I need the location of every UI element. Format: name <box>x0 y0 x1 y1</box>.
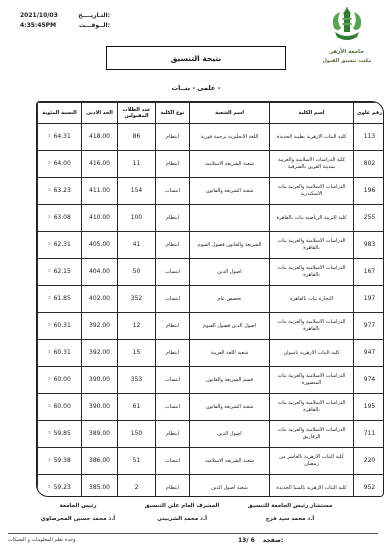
cell-pct: ٪59.23 <box>38 475 82 498</box>
table-row: 947كلية البنات الازهرية باسوانشعبة اللغة… <box>38 340 385 367</box>
percentage-value: ٪59.38 <box>40 457 79 465</box>
percent-symbol: ٪ <box>48 242 50 248</box>
cell-college: كلية البنات الازهرية بالمنيا الجديدة <box>270 475 354 498</box>
cell-college: كلية الدراسات الاسلامية والعربية بمدينة … <box>270 151 354 178</box>
cell-pct: ٪59.85 <box>38 421 82 448</box>
table-row: 220كلية البنات الازهرية بالعاشر من رمضان… <box>38 448 385 475</box>
cell-pct: ٪60.00 <box>38 394 82 421</box>
percent-number: 59.38 <box>54 457 71 465</box>
cell-min: 418.00 <box>82 124 118 151</box>
cell-code: 952 <box>354 475 385 498</box>
cell-college: كلية البنات الازهرية بالعاشر من رمضان <box>270 448 354 475</box>
cell-college: كلية البنات الازهرية بطيبة الجديدة <box>270 124 354 151</box>
table-row: 711الدراسات الاسلامية والعربية بنات الزق… <box>38 421 385 448</box>
percent-number: 63.08 <box>54 214 71 222</box>
percent-number: 60.31 <box>54 322 71 330</box>
cell-students: 50 <box>118 259 156 286</box>
cell-type: انتساب <box>156 448 190 475</box>
header-students: عدد الطلاب المقبولين <box>118 103 156 124</box>
university-name: جامعة الأزهر <box>314 49 380 55</box>
cell-code: 711 <box>354 421 385 448</box>
table-row: 197التجارة بنات بالقاهرةتخصص عامانتساب35… <box>38 286 385 313</box>
table-row: 974الدراسات الاسلامية والعربية بنات المن… <box>38 367 385 394</box>
cell-dept: شعبة اللغة العربية <box>190 340 270 367</box>
office-name: مكتب تنسيق القبول <box>314 58 380 64</box>
cell-min: 404.00 <box>82 259 118 286</box>
percent-symbol: ٪ <box>48 431 50 437</box>
cell-students: 352 <box>118 286 156 313</box>
cell-min: 410.00 <box>82 205 118 232</box>
cell-college: التجارة بنات بالقاهرة <box>270 286 354 313</box>
cell-min: 389.00 <box>82 421 118 448</box>
date-row: 2021/10/03 التـاريــــخ: <box>20 12 110 19</box>
cell-dept: تخصص عام <box>190 286 270 313</box>
title-box: نتيجة التنسيق <box>106 46 286 70</box>
footer-divider <box>8 533 378 534</box>
table-row: 952كلية البنات الازهرية بالمنيا الجديدةش… <box>38 475 385 498</box>
cell-code: 220 <box>354 448 385 475</box>
cell-min: 392.00 <box>82 340 118 367</box>
cell-type: انتظام <box>156 421 190 448</box>
header-dept: اسم الشعبة <box>190 103 270 124</box>
cell-code: 947 <box>354 340 385 367</box>
header-pct: النسبة المئوية <box>38 103 82 124</box>
signature-name: أ.د محمد حسين المحرصاوي <box>26 516 130 522</box>
cell-pct: ٪64.00 <box>38 151 82 178</box>
cell-type: انتساب <box>156 286 190 313</box>
header-min: الحد الادنى <box>82 103 118 124</box>
cell-type: انتظام <box>156 151 190 178</box>
cell-students: 12 <box>118 313 156 340</box>
percentage-value: ٪62.15 <box>40 268 79 276</box>
percent-symbol: ٪ <box>48 269 50 275</box>
cell-dept: اللغة الانجليزية ترجمة فورية <box>190 124 270 151</box>
cell-dept: اصول الدين <box>190 259 270 286</box>
cell-min: 385.00 <box>82 475 118 498</box>
cell-college: كلية البنات الازهرية باسوان <box>270 340 354 367</box>
cell-code: 974 <box>354 367 385 394</box>
cell-type: انتظام <box>156 205 190 232</box>
percentage-value: ٪60.00 <box>40 403 79 411</box>
cell-college: الدراسات الاسلامية والعربية بنات الاسكند… <box>270 178 354 205</box>
page-number: 13/ 6 صفحة: <box>238 537 283 544</box>
signature-title: رئيس الجامعة <box>26 503 130 509</box>
date-label: التـاريــــخ: <box>76 12 110 19</box>
percent-symbol: ٪ <box>48 377 50 383</box>
cell-pct: ٪63.08 <box>38 205 82 232</box>
percent-symbol: ٪ <box>48 458 50 464</box>
cell-college: الدراسات الاسلامية والعربية بنات بالقاهر… <box>270 232 354 259</box>
cell-students: 2 <box>118 475 156 498</box>
table-row: 195الدراسات الاسلامية والعربية بنات بالق… <box>38 394 385 421</box>
cell-dept: شعبة الشريعة الاسلامية <box>190 448 270 475</box>
cell-min: 390.00 <box>82 394 118 421</box>
percentage-value: ٪63.08 <box>40 214 79 222</box>
percent-number: 63.23 <box>54 187 71 195</box>
cell-students: 51 <box>118 448 156 475</box>
it-unit-credit: وحدة نظم المعلومات و الشبكات <box>8 537 76 543</box>
results-table: رقم علوى اسم الكلية اسم الشعبة نوع الكلي… <box>37 102 384 497</box>
header-code: رقم علوى <box>354 103 385 124</box>
signature-supervisor: المشرف العام علي التنسيق أ.د محمد الشربي… <box>138 503 226 522</box>
cell-students: 61 <box>118 394 156 421</box>
percent-number: 62.31 <box>54 241 71 249</box>
page-number-value: 13/ 6 <box>238 537 255 544</box>
cell-type: انتظام <box>156 232 190 259</box>
cell-dept: شعبة الشريعة والقانون <box>190 178 270 205</box>
time-row: 4:35:45PM الــوقـــت: <box>20 22 110 29</box>
cell-code: 113 <box>354 124 385 151</box>
date-value: 2021/10/03 <box>20 12 66 19</box>
percentage-value: ٪63.23 <box>40 187 79 195</box>
table-row: 977الدراسات الاسلامية والعربية بنات بالق… <box>38 313 385 340</box>
percentage-value: ٪59.23 <box>40 484 79 492</box>
percent-symbol: ٪ <box>48 161 50 167</box>
signature-name: أ.د محمد الشربينى <box>138 516 226 522</box>
percentage-value: ٪60.00 <box>40 376 79 384</box>
cell-college: الدراسات الاسلامية والعربية بنات بالقاهر… <box>270 313 354 340</box>
cell-college: كلية التربية الرياضية بنات بالقاهرة <box>270 205 354 232</box>
page-number-label: صفحة: <box>263 537 284 544</box>
cell-pct: ٪62.31 <box>38 232 82 259</box>
percent-number: 60.00 <box>54 376 71 384</box>
cell-min: 392.00 <box>82 313 118 340</box>
cell-students: 86 <box>118 124 156 151</box>
percent-number: 60.31 <box>54 349 71 357</box>
percent-number: 62.15 <box>54 268 71 276</box>
cell-dept: شعبة الشريعة والقانون <box>190 394 270 421</box>
cell-pct: ٪61.85 <box>38 286 82 313</box>
percent-symbol: ٪ <box>48 134 50 140</box>
signature-title: المشرف العام علي التنسيق <box>138 503 226 509</box>
section-subtitle: - علمى - بنــات <box>0 84 392 92</box>
azhar-emblem-icon <box>314 6 380 46</box>
percent-number: 64.00 <box>54 160 71 168</box>
signature-advisor: مستشار رئيس الجامعة للتنسيق أ.د محمد سيد… <box>232 503 348 522</box>
cell-dept: الشريعة والقانون فصول الفيوم <box>190 232 270 259</box>
table-row: 196الدراسات الاسلامية والعربية بنات الاس… <box>38 178 385 205</box>
signature-name: أ.د محمد سيد فرج <box>232 516 348 522</box>
cell-min: 390.00 <box>82 367 118 394</box>
percentage-value: ٪60.31 <box>40 322 79 330</box>
cell-code: 802 <box>354 151 385 178</box>
percent-symbol: ٪ <box>48 188 50 194</box>
percent-symbol: ٪ <box>48 485 50 491</box>
cell-pct: ٪59.38 <box>38 448 82 475</box>
cell-pct: ٪63.23 <box>38 178 82 205</box>
document-page: 2021/10/03 التـاريــــخ: 4:35:45PM الــو… <box>0 0 392 555</box>
cell-college: الدراسات الاسلامية والعربية بنات الزقازي… <box>270 421 354 448</box>
cell-dept <box>190 205 270 232</box>
cell-students: 41 <box>118 232 156 259</box>
cell-code: 195 <box>354 394 385 421</box>
cell-dept: اصول الدين فصول الفيوم <box>190 313 270 340</box>
percentage-value: ٪60.31 <box>40 349 79 357</box>
table-header-row: رقم علوى اسم الكلية اسم الشعبة نوع الكلي… <box>38 103 385 124</box>
percent-symbol: ٪ <box>48 350 50 356</box>
signature-title: مستشار رئيس الجامعة للتنسيق <box>232 503 348 509</box>
page-title: نتيجة التنسيق <box>171 54 221 63</box>
cell-code: 167 <box>354 259 385 286</box>
cell-type: انتساب <box>156 367 190 394</box>
cell-min: 416.00 <box>82 151 118 178</box>
cell-pct: ٪60.00 <box>38 367 82 394</box>
cell-code: 255 <box>354 205 385 232</box>
cell-type: انتساب <box>156 394 190 421</box>
cell-type: انتساب <box>156 259 190 286</box>
table-row: 255كلية التربية الرياضية بنات بالقاهرةان… <box>38 205 385 232</box>
logo-block: جامعة الأزهر مكتب تنسيق القبول <box>314 6 380 64</box>
cell-code: 196 <box>354 178 385 205</box>
cell-college: الدراسات الاسلامية والعربية بنات المنصور… <box>270 367 354 394</box>
percent-number: 59.23 <box>54 484 71 492</box>
table-row: 802كلية الدراسات الاسلامية والعربية بمدي… <box>38 151 385 178</box>
percent-number: 59.85 <box>54 430 71 438</box>
cell-dept: شعبة الشريعة الاسلامية <box>190 151 270 178</box>
cell-type: انتظام <box>156 124 190 151</box>
cell-min: 402.00 <box>82 286 118 313</box>
header-college: اسم الكلية <box>270 103 354 124</box>
percent-symbol: ٪ <box>48 215 50 221</box>
cell-dept: قسم الشريعة والقانون <box>190 367 270 394</box>
cell-college: الدراسات الاسلامية والعربية بنات بالقاهر… <box>270 259 354 286</box>
cell-code: 977 <box>354 313 385 340</box>
cell-students: 154 <box>118 178 156 205</box>
cell-students: 353 <box>118 367 156 394</box>
cell-code: 983 <box>354 232 385 259</box>
time-label: الــوقـــت: <box>76 22 110 29</box>
table-row: 167الدراسات الاسلامية والعربية بنات بالق… <box>38 259 385 286</box>
cell-dept: اصول الدين <box>190 421 270 448</box>
percentage-value: ٪64.31 <box>40 133 79 141</box>
cell-college: الدراسات الاسلامية والعربية بنات بالقاهر… <box>270 394 354 421</box>
table-row: 113كلية البنات الازهرية بطيبة الجديدةالل… <box>38 124 385 151</box>
cell-min: 411.00 <box>82 178 118 205</box>
cell-pct: ٪62.15 <box>38 259 82 286</box>
cell-dept: شعبة اصول الدين <box>190 475 270 498</box>
percentage-value: ٪59.85 <box>40 430 79 438</box>
header-type: نوع الكلية <box>156 103 190 124</box>
signature-president: رئيس الجامعة أ.د محمد حسين المحرصاوي <box>26 503 130 522</box>
results-table-frame: رقم علوى اسم الكلية اسم الشعبة نوع الكلي… <box>36 101 384 497</box>
percentage-value: ٪64.00 <box>40 160 79 168</box>
percent-number: 60.00 <box>54 403 71 411</box>
cell-pct: ٪60.31 <box>38 340 82 367</box>
table-row: 983الدراسات الاسلامية والعربية بنات بالق… <box>38 232 385 259</box>
cell-min: 405.00 <box>82 232 118 259</box>
percent-symbol: ٪ <box>48 296 50 302</box>
cell-type: انتظام <box>156 313 190 340</box>
cell-code: 197 <box>354 286 385 313</box>
cell-pct: ٪60.31 <box>38 313 82 340</box>
cell-min: 386.00 <box>82 448 118 475</box>
cell-type: انتظام <box>156 475 190 498</box>
cell-students: 100 <box>118 205 156 232</box>
percent-number: 61.85 <box>54 295 71 303</box>
percentage-value: ٪61.85 <box>40 295 79 303</box>
cell-pct: ٪64.31 <box>38 124 82 151</box>
percentage-value: ٪62.31 <box>40 241 79 249</box>
datetime-block: 2021/10/03 التـاريــــخ: 4:35:45PM الــو… <box>20 12 110 29</box>
cell-students: 11 <box>118 151 156 178</box>
percent-symbol: ٪ <box>48 404 50 410</box>
cell-students: 15 <box>118 340 156 367</box>
percent-symbol: ٪ <box>48 323 50 329</box>
time-value: 4:35:45PM <box>20 22 66 29</box>
cell-type: انتظام <box>156 340 190 367</box>
percent-number: 64.31 <box>54 133 71 141</box>
cell-students: 150 <box>118 421 156 448</box>
cell-type: انتساب <box>156 178 190 205</box>
